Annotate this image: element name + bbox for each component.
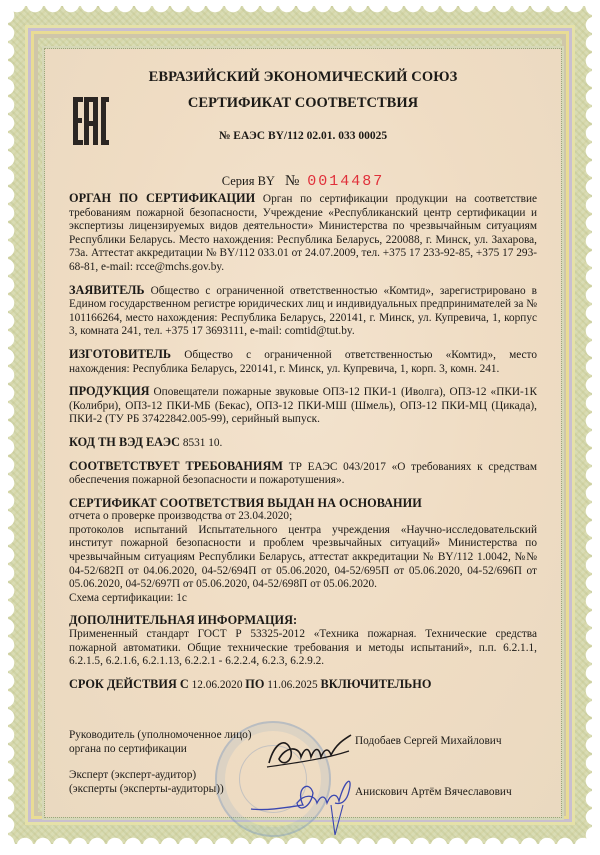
signature-label-line: Эксперт (эксперт-аудитор) (69, 769, 224, 783)
validity-period: СРОК ДЕЙСТВИЯ С 12.06.2020 ПО 11.06.2025… (69, 678, 537, 693)
document-title: СЕРТИФИКАТ СООТВЕТСТВИЯ (45, 95, 561, 112)
section-hs-code: КОД ТН ВЭД ЕАЭС 8531 10. (69, 436, 537, 451)
signature-label: Эксперт (эксперт-аудитор) (эксперты (экс… (69, 769, 224, 796)
certificate-number: № ЕАЭС BY/112 02.01. 033 00025 (45, 130, 561, 142)
border-scallop-left (6, 6, 20, 844)
section-text: протоколов испытаний Испытательного цент… (69, 524, 537, 590)
printer-imprint (550, 807, 551, 811)
section-product: ПРОДУКЦИЯ Оповещатели пожарные звуковые … (69, 385, 537, 427)
signature-row-head: Руководитель (уполномоченное лицо) орган… (69, 729, 537, 769)
basis-report: отчета о проверке производства от 23.04.… (69, 510, 537, 524)
section-additional-info: ДОПОЛНИТЕЛЬНАЯ ИНФОРМАЦИЯ: Примененный с… (69, 614, 537, 668)
validity-to-label: ПО (245, 677, 264, 691)
signature-row-expert: Эксперт (эксперт-аудитор) (эксперты (экс… (69, 769, 537, 809)
signature-label: Руководитель (уполномоченное лицо) орган… (69, 729, 252, 756)
number-sign: № (285, 173, 299, 189)
signatures-block: Руководитель (уполномоченное лицо) орган… (69, 729, 537, 809)
section-applicant: ЗАЯВИТЕЛЬ Общество с ограниченной ответс… (69, 284, 537, 339)
certification-scheme: Схема сертификации: 1с (69, 592, 537, 606)
section-title: КОД ТН ВЭД ЕАЭС (69, 435, 180, 449)
section-certification-body: ОРГАН ПО СЕРТИФИКАЦИИ Орган по сертифика… (69, 192, 537, 275)
union-title: ЕВРАЗИЙСКИЙ ЭКОНОМИЧЕСКИЙ СОЮЗ (45, 69, 561, 86)
validity-from-label: СРОК ДЕЙСТВИЯ С (69, 677, 189, 691)
signatory-name: Подобаев Сергей Михайлович (355, 735, 502, 749)
section-title: ДОПОЛНИТЕЛЬНАЯ ИНФОРМАЦИЯ: (69, 614, 537, 628)
section-title: ПРОДУКЦИЯ (69, 384, 150, 398)
section-title: ИЗГОТОВИТЕЛЬ (69, 347, 171, 361)
section-conforms: СООТВЕТСТВУЕТ ТРЕБОВАНИЯМ ТР ЕАЭС 043/20… (69, 460, 537, 488)
signature-label-line: Руководитель (уполномоченное лицо) (69, 729, 252, 743)
series-label: Серия BY (222, 174, 275, 188)
validity-suffix: ВКЛЮЧИТЕЛЬНО (321, 677, 432, 691)
certificate-body: ОРГАН ПО СЕРТИФИКАЦИИ Орган по сертифика… (69, 192, 537, 692)
section-title: ОРГАН ПО СЕРТИФИКАЦИИ (69, 191, 255, 205)
validity-from-date: 12.06.2020 (192, 679, 243, 691)
section-text: 8531 10. (183, 437, 223, 449)
section-manufacturer: ИЗГОТОВИТЕЛЬ Общество с ограниченной отв… (69, 348, 537, 376)
series-line: Серия BY№0014487 (45, 173, 561, 190)
signature-label-line: органа по сертификации (69, 743, 252, 757)
section-title: СООТВЕТСТВУЕТ ТРЕБОВАНИЯМ (69, 459, 283, 473)
validity-to-date: 11.06.2025 (267, 679, 317, 691)
signature-label-line: (эксперты (эксперты-аудиторы)) (69, 783, 224, 797)
section-title: СЕРТИФИКАТ СООТВЕТСТВИЯ ВЫДАН НА ОСНОВАН… (69, 497, 537, 511)
section-title: ЗАЯВИТЕЛЬ (69, 283, 145, 297)
border-scallop-right (580, 6, 594, 844)
signatory-name: Анискович Артём Вячеславович (355, 786, 512, 800)
border-scallop-top (8, 4, 592, 18)
section-text: Примененный стандарт ГОСТ Р 53325-2012 «… (69, 628, 537, 667)
certificate-page: ЕВРАЗИЙСКИЙ ЭКОНОМИЧЕСКИЙ СОЮЗ СЕРТИФИКА… (42, 46, 564, 820)
section-basis: СЕРТИФИКАТ СООТВЕТСТВИЯ ВЫДАН НА ОСНОВАН… (69, 497, 537, 606)
serial-number: 0014487 (307, 173, 384, 190)
